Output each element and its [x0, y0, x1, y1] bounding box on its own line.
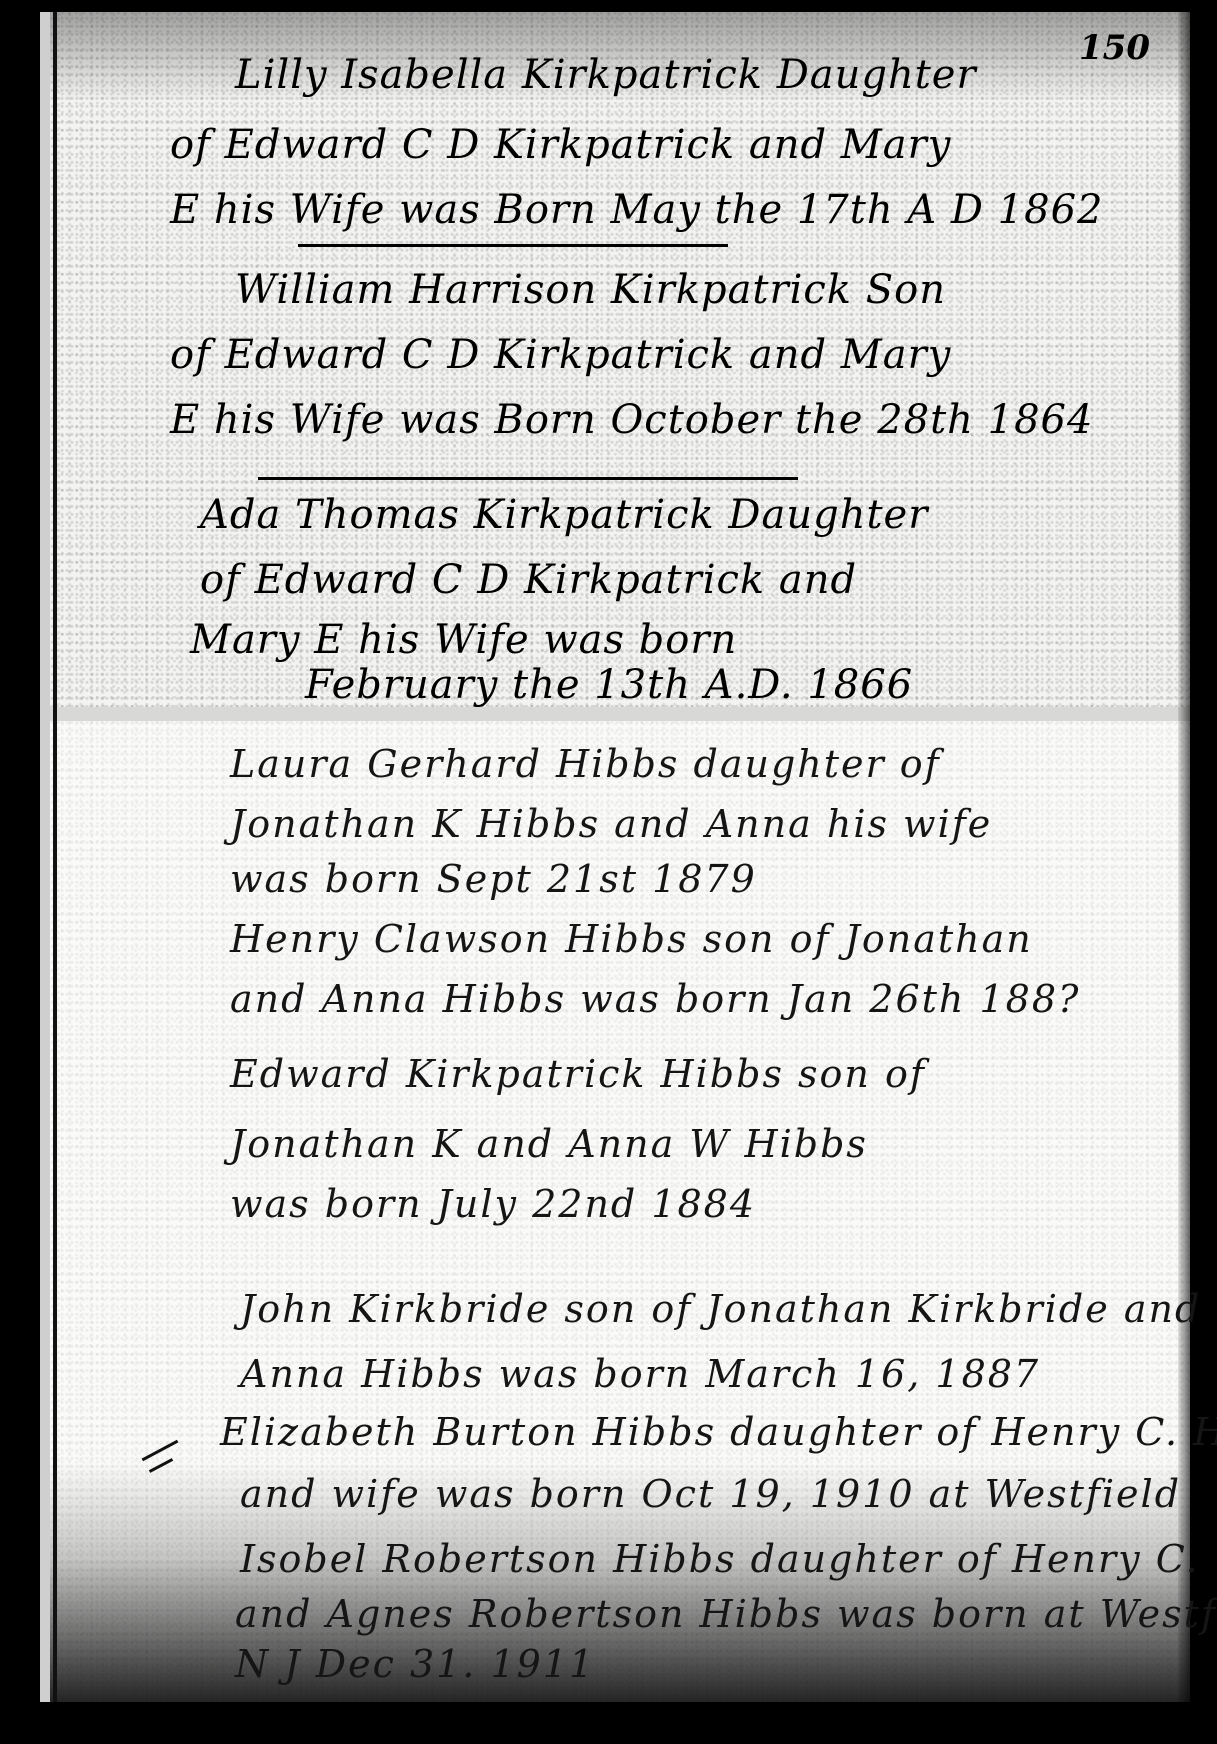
page-left-edge: [40, 12, 50, 1702]
entry-line: and Anna Hibbs was born Jan 26th 188?: [230, 977, 1080, 1021]
entry-line: February the 13th A.D. 1866: [305, 662, 913, 708]
entry-line: of Edward C D Kirkpatrick and Mary: [170, 122, 951, 168]
margin-rule: [53, 12, 57, 1702]
entry-line: N J Dec 31. 1911: [235, 1642, 595, 1686]
entry-line: Elizabeth Burton Hibbs daughter of Henry…: [220, 1410, 1217, 1454]
entry-line: Edward Kirkpatrick Hibbs son of: [230, 1052, 926, 1096]
entry-separator: [298, 244, 728, 247]
entry-line: Jonathan K Hibbs and Anna his wife: [230, 802, 992, 846]
entry-separator: [258, 477, 798, 480]
entry-line: Isobel Robertson Hibbs daughter of Henry…: [240, 1537, 1200, 1581]
entry-line: E his Wife was Born October the 28th 186…: [170, 397, 1093, 443]
entry-line: was born Sept 21st 1879: [230, 857, 757, 901]
entry-line: Laura Gerhard Hibbs daughter of: [230, 742, 941, 786]
entry-line: John Kirkbride son of Jonathan Kirkbride…: [240, 1287, 1201, 1331]
entry-line: E his Wife was Born May the 17th A D 186…: [170, 187, 1103, 233]
entry-line: William Harrison Kirkpatrick Son: [235, 267, 946, 313]
page-number: 150: [1079, 28, 1150, 68]
entry-line: Anna Hibbs was born March 16, 1887: [240, 1352, 1040, 1396]
entry-line: Mary E his Wife was born: [190, 617, 737, 663]
entry-line: and Agnes Robertson Hibbs was born at We…: [235, 1592, 1217, 1636]
entry-line: Jonathan K and Anna W Hibbs: [230, 1122, 868, 1166]
entry-line: Henry Clawson Hibbs son of Jonathan: [230, 917, 1033, 961]
entry-line: of Edward C D Kirkpatrick and Mary: [170, 332, 951, 378]
scan-fold-strip: [40, 707, 1190, 721]
entry-line: Ada Thomas Kirkpatrick Daughter: [200, 492, 928, 538]
entry-line: was born July 22nd 1884: [230, 1182, 756, 1226]
entry-line: Lilly Isabella Kirkpatrick Daughter: [235, 52, 977, 98]
entry-line: and wife was born Oct 19, 1910 at Westfi…: [240, 1472, 1181, 1516]
register-page: 150 Lilly Isabella Kirkpatrick Daughter …: [40, 12, 1190, 1702]
entry-line: of Edward C D Kirkpatrick and: [200, 557, 857, 603]
